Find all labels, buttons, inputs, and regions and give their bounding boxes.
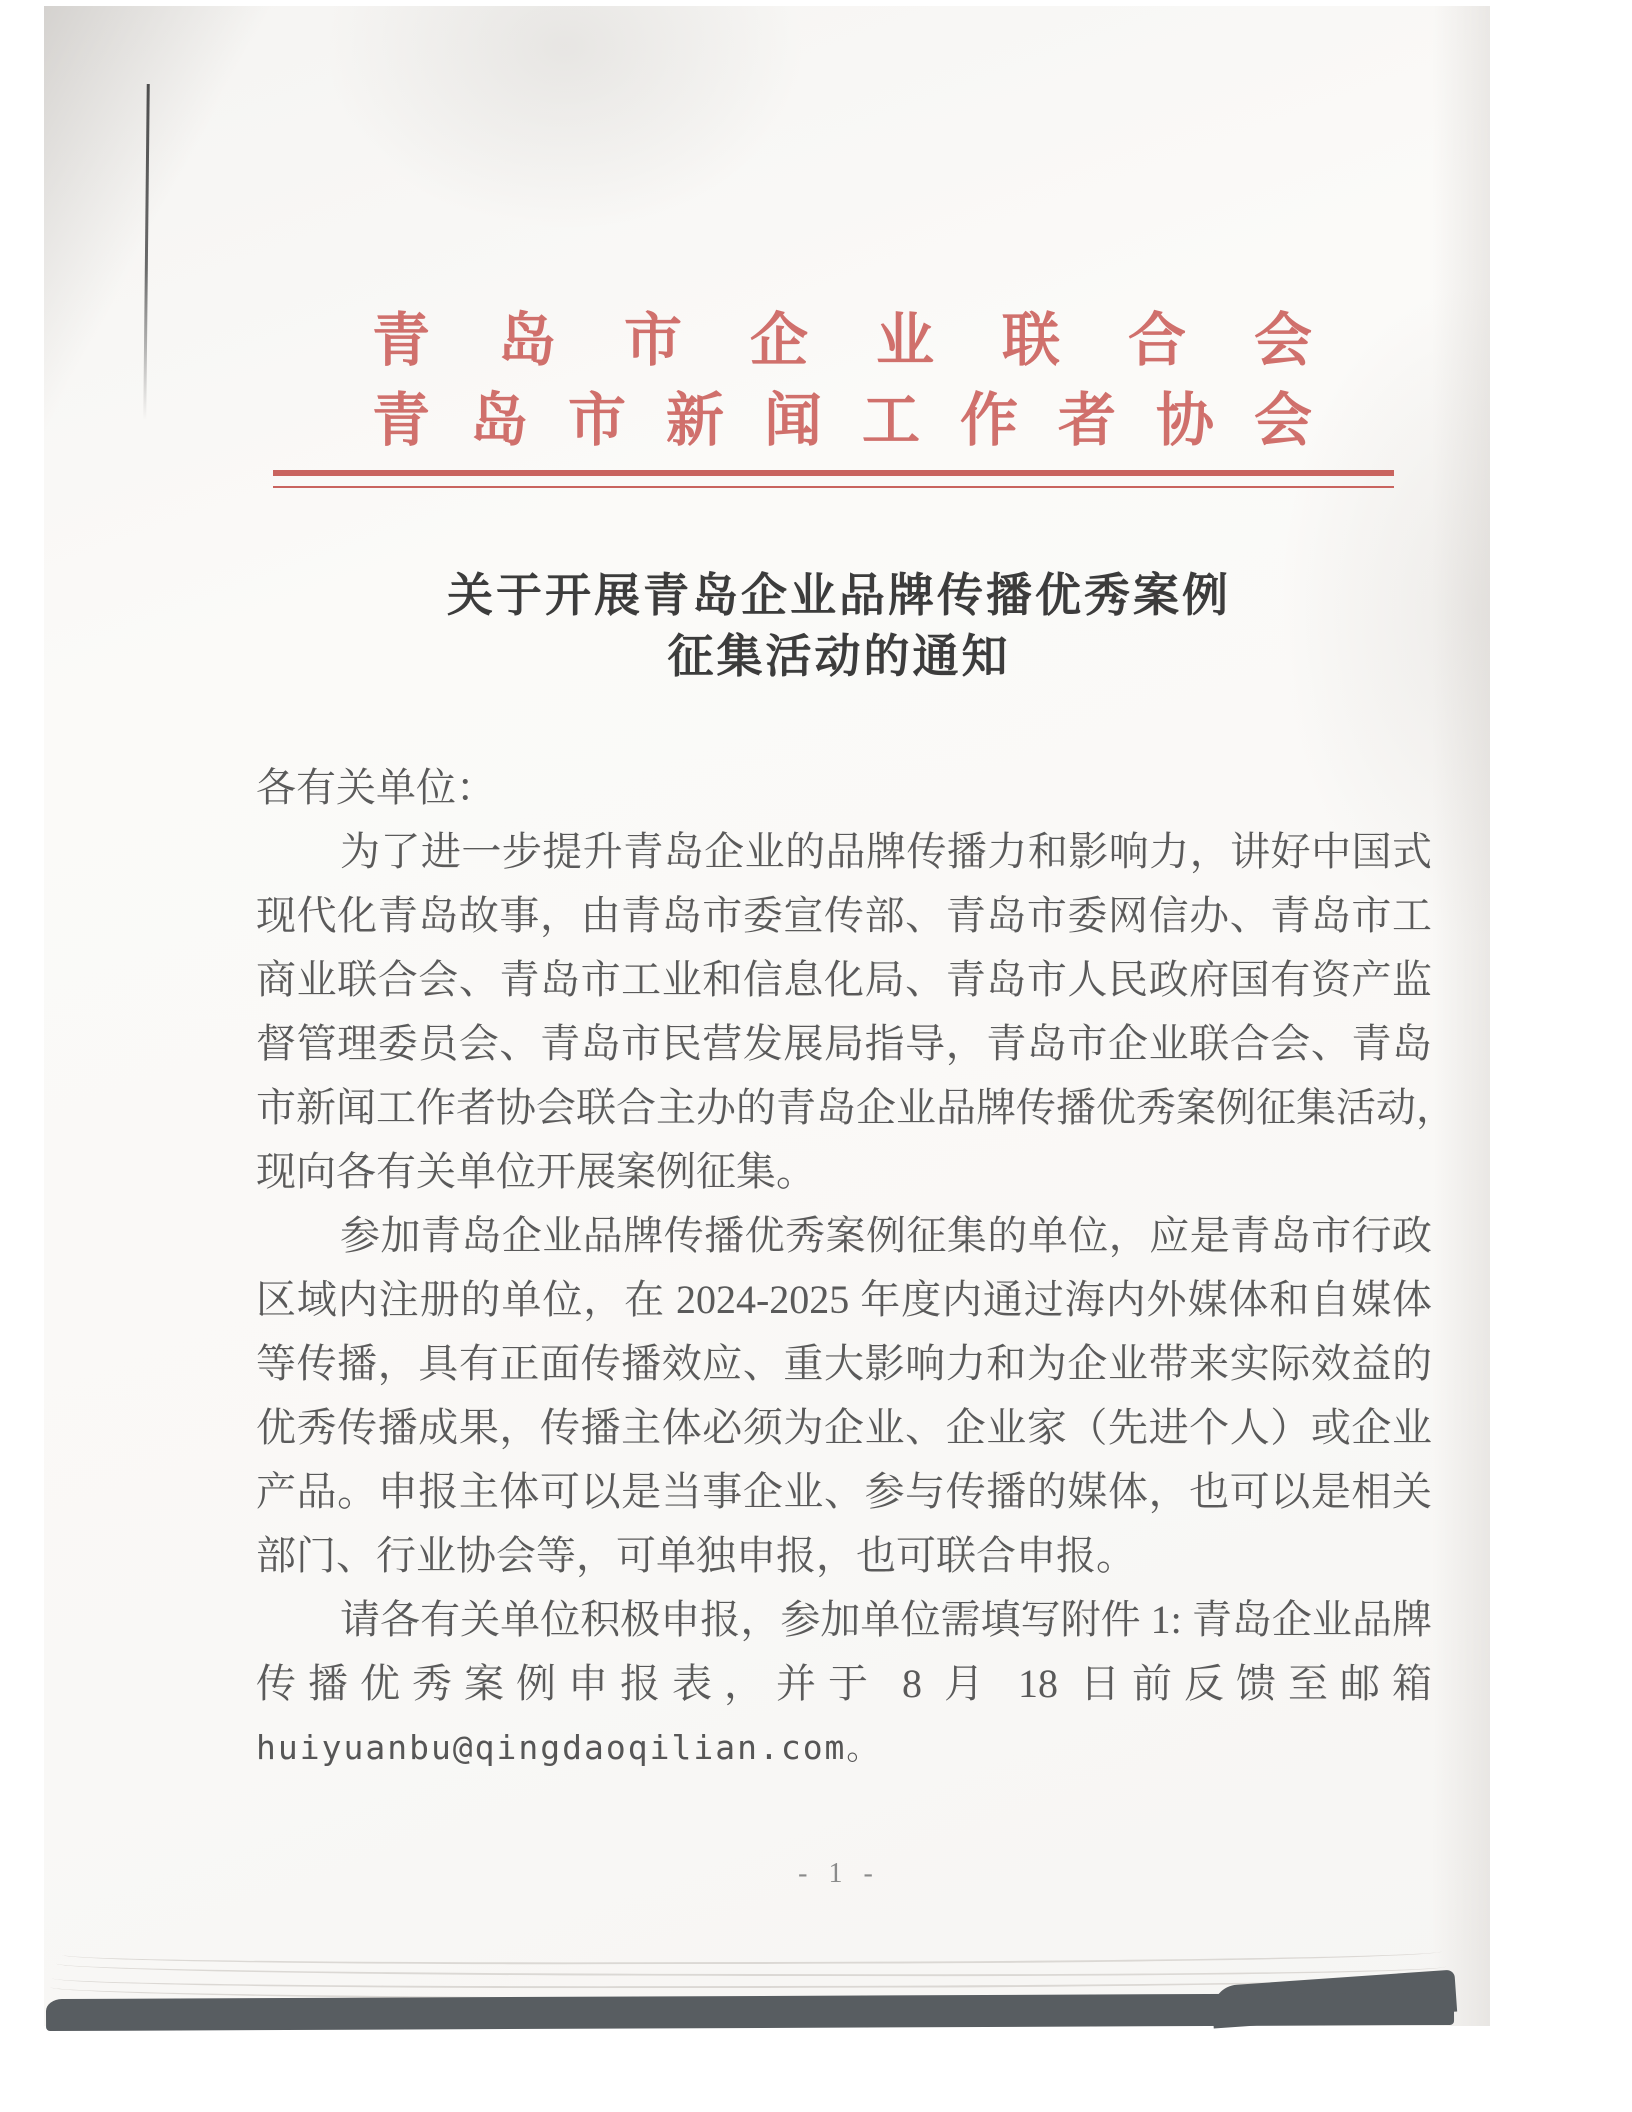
letterhead-org-line-1: 青岛市企业联合会 (372, 312, 1312, 370)
document-title: 关于开展青岛企业品牌传播优秀案例 征集活动的通知 (349, 565, 1329, 687)
letterhead-divider-thin (273, 486, 1394, 488)
scanned-page: 青岛市企业联合会 青岛市新闻工作者协会 关于开展青岛企业品牌传播优秀案例 征集活… (44, 6, 1490, 2026)
document-title-line-1: 关于开展青岛企业品牌传播优秀案例 (349, 565, 1329, 626)
page-number: - 1 - (349, 1858, 1329, 1890)
document-title-line-2: 征集活动的通知 (349, 626, 1329, 687)
document-body: 各有关单位： 为了进一步提升青岛企业的品牌传播力和影响力，讲好中国式 现代化青岛… (256, 756, 1432, 1780)
body-line: 参加青岛企业品牌传播优秀案例征集的单位，应是青岛市行政 (256, 1204, 1432, 1268)
body-line: 部门、行业协会等，可单独申报，也可联合申报。 (256, 1524, 1432, 1588)
scan-artifact-scanner-background (46, 1993, 1454, 2031)
body-line: 商业联合会、青岛市工业和信息化局、青岛市人民政府国有资产监 (256, 948, 1432, 1012)
body-line: 请各有关单位积极申报，参加单位需填写附件 1: 青岛企业品牌 (256, 1588, 1432, 1652)
body-line: 市新闻工作者协会联合主办的青岛企业品牌传播优秀案例征集活动， (256, 1076, 1432, 1140)
letterhead-org-line-2: 青岛市新闻工作者协会 (372, 392, 1312, 450)
salutation: 各有关单位： (256, 756, 1432, 820)
body-line: 为了进一步提升青岛企业的品牌传播力和影响力，讲好中国式 (256, 820, 1432, 884)
scan-artifact-page-crease (143, 84, 150, 420)
body-line: 传播优秀案例申报表，并于 8 月 18 日前反馈至邮箱 (256, 1652, 1432, 1716)
body-line: 产品。申报主体可以是当事企业、参与传播的媒体，也可以是相关 (256, 1460, 1432, 1524)
body-line: 区域内注册的单位，在 2024-2025 年度内通过海内外媒体和自媒体 (256, 1268, 1432, 1332)
letterhead: 青岛市企业联合会 青岛市新闻工作者协会 (372, 312, 1312, 450)
body-line: 优秀传播成果，传播主体必须为企业、企业家（先进个人）或企业 (256, 1396, 1432, 1460)
body-line: 督管理委员会、青岛市民营发展局指导，青岛市企业联合会、青岛 (256, 1012, 1432, 1076)
body-line: 现代化青岛故事，由青岛市委宣传部、青岛市委网信办、青岛市工 (256, 884, 1432, 948)
email-address: huiyuanbu@qingdaoqilian.com。 (256, 1716, 1432, 1780)
body-line: 现向各有关单位开展案例征集。 (256, 1140, 1432, 1204)
body-line: 等传播，具有正面传播效应、重大影响力和为企业带来实际效益的 (256, 1332, 1432, 1396)
letterhead-divider-thick (273, 470, 1394, 476)
